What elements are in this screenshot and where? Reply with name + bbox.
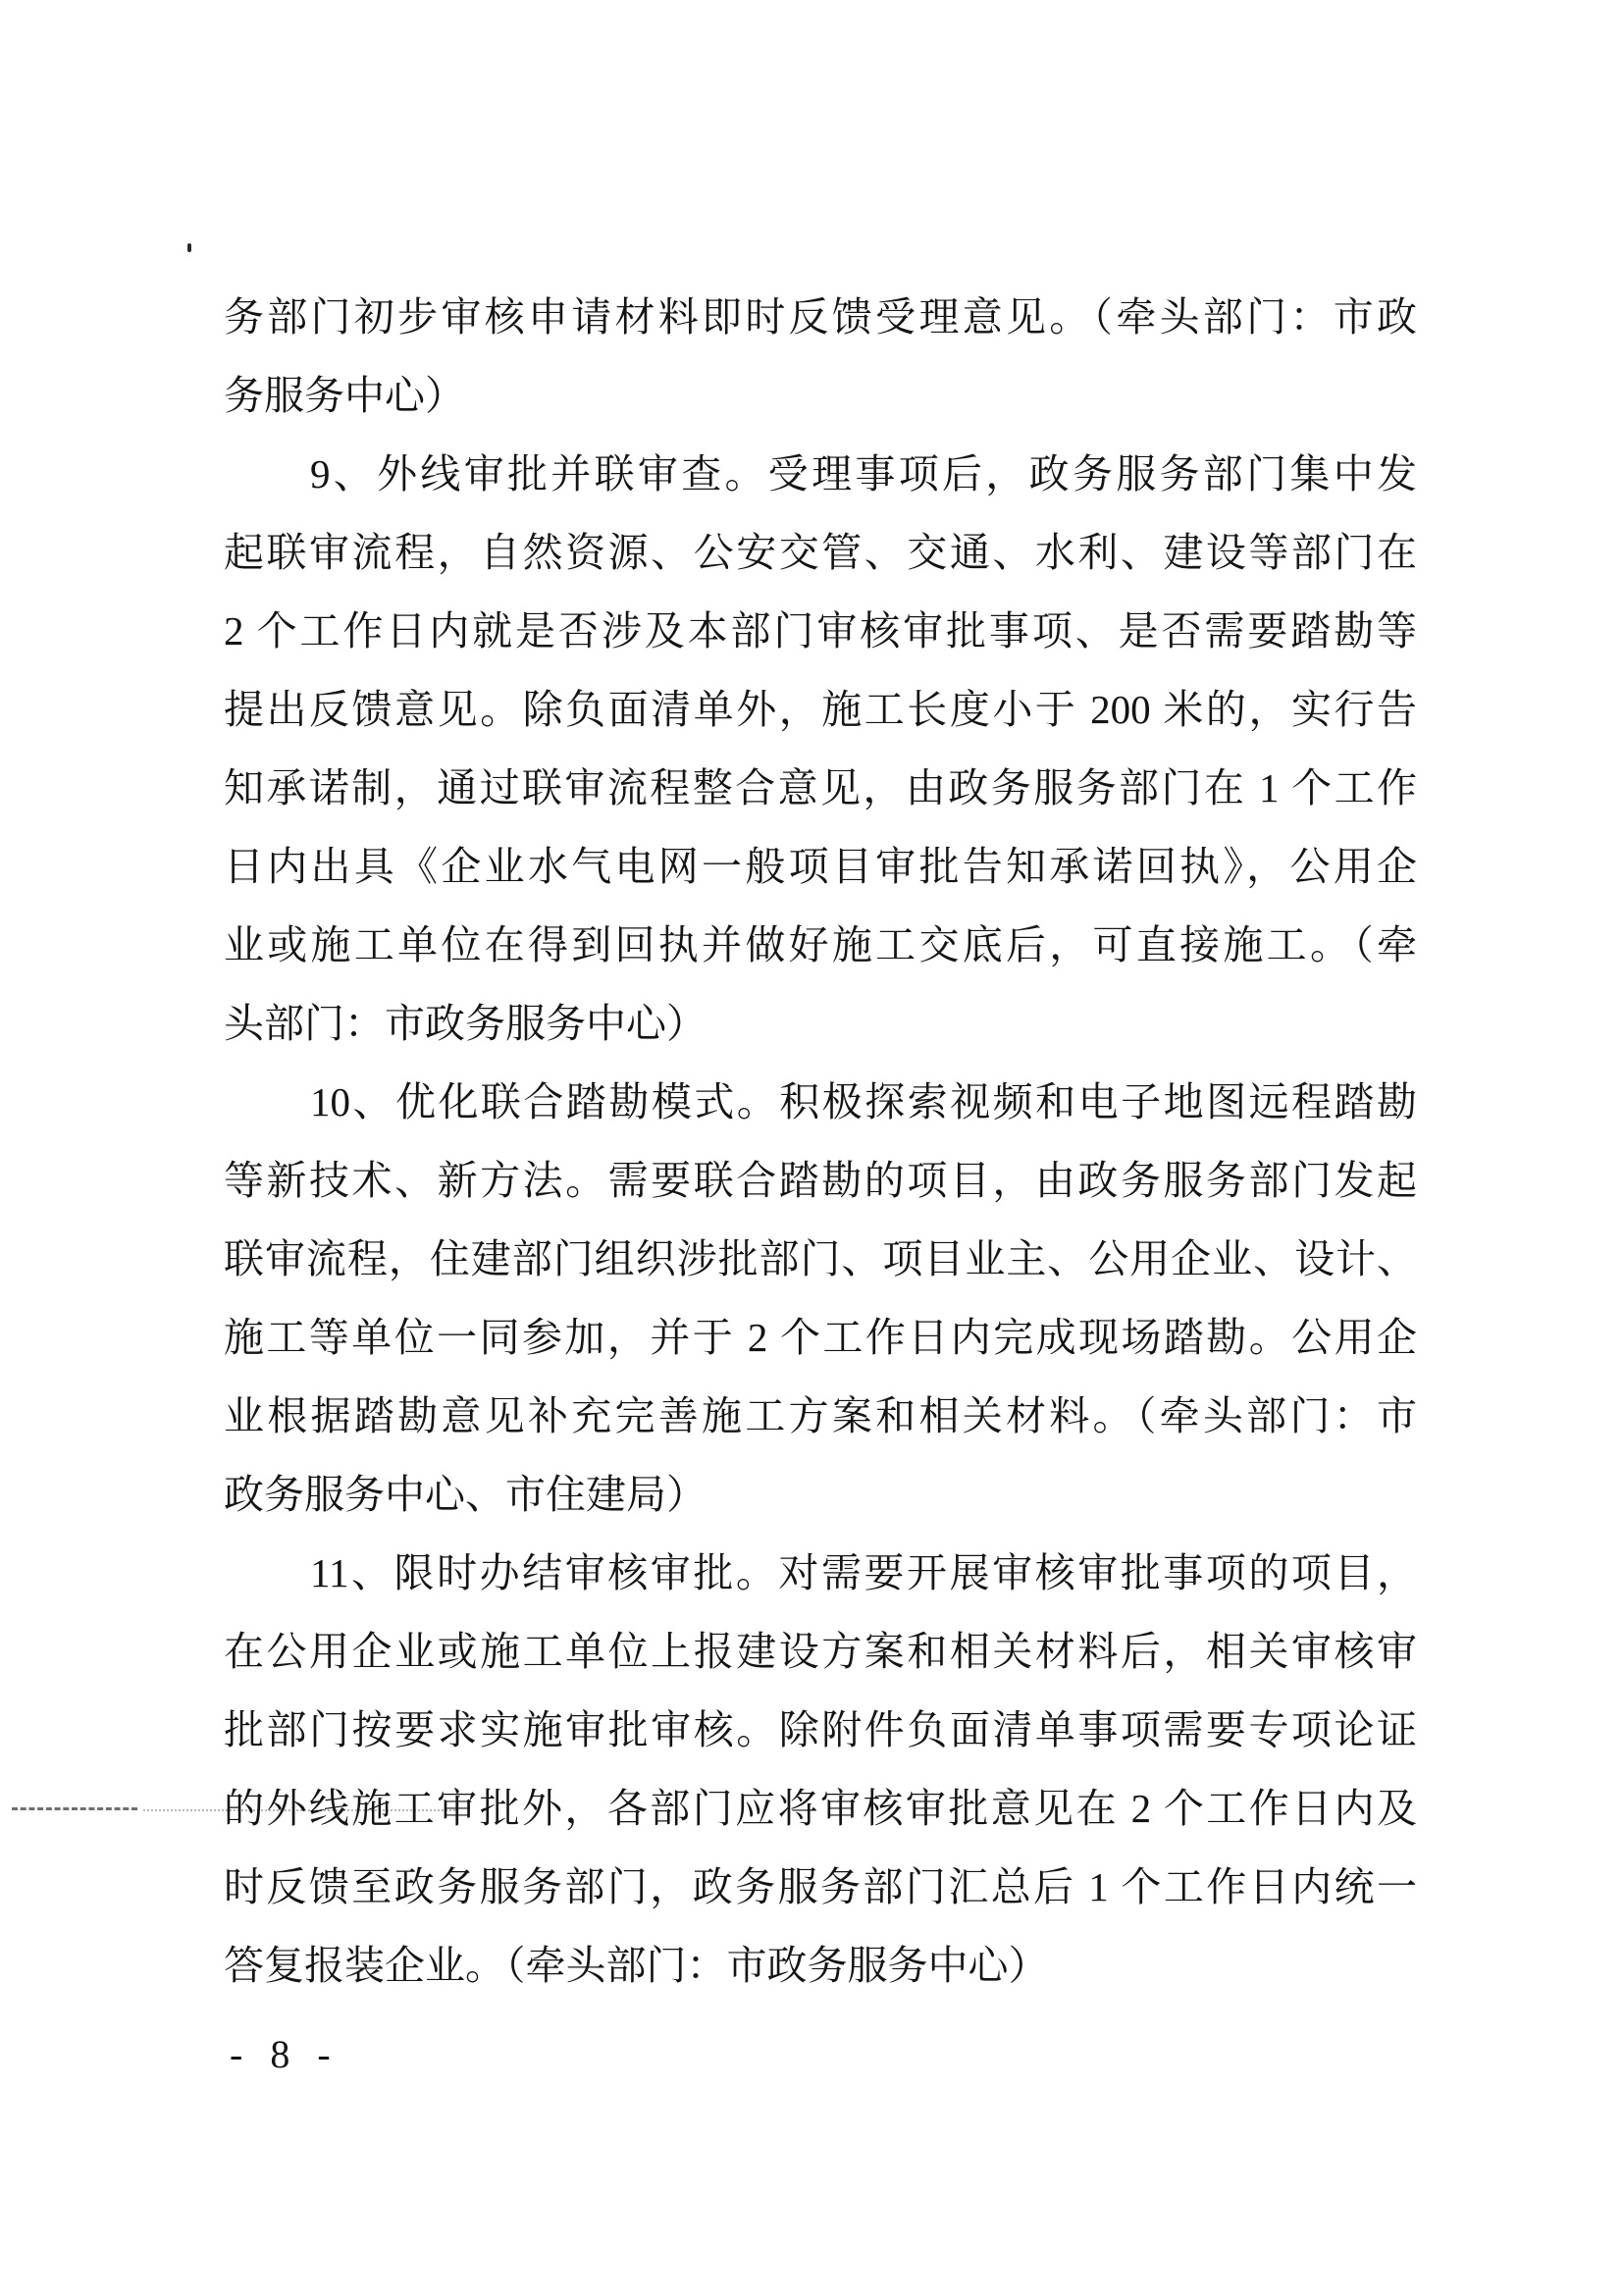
text-line-18: 在公用企业或施工单位上报建设方案和相关材料后，相关审核审 bbox=[224, 1612, 1417, 1691]
document-page: 务部门初步审核申请材料即时反馈受理意见。（牵头部门：市政 务服务中心） 9、外线… bbox=[0, 0, 1623, 2296]
text-line-09: 业或施工单位在得到回执并做好施工交底后，可直接施工。（牵 bbox=[224, 906, 1417, 984]
body-text: 务部门初步审核申请材料即时反馈受理意见。（牵头部门：市政 务服务中心） 9、外线… bbox=[224, 278, 1417, 2005]
scan-artifact-dot bbox=[187, 243, 191, 252]
text-line-01: 务部门初步审核申请材料即时反馈受理意见。（牵头部门：市政 bbox=[224, 278, 1417, 356]
text-line-13: 联审流程，住建部门组织涉批部门、项目业主、公用企业、设计、 bbox=[224, 1220, 1417, 1298]
text-line-10: 头部门：市政务服务中心） bbox=[224, 984, 1417, 1063]
text-line-04: 起联审流程，自然资源、公安交管、交通、水利、建设等部门在 bbox=[224, 513, 1417, 592]
text-line-05: 2 个工作日内就是否涉及本部门审核审批事项、是否需要踏勘等 bbox=[224, 592, 1417, 670]
text-line-20: 的外线施工审批外，各部门应将审核审批意见在 2 个工作日内及 bbox=[224, 1769, 1417, 1848]
text-line-16: 政务服务中心、市住建局） bbox=[224, 1455, 1417, 1534]
text-line-07: 知承诺制，通过联审流程整合意见，由政务服务部门在 1 个工作 bbox=[224, 749, 1417, 827]
text-line-22: 答复报装企业。（牵头部门：市政务服务中心） bbox=[224, 1926, 1417, 2005]
text-line-21: 时反馈至政务服务部门，政务服务部门汇总后 1 个工作日内统一 bbox=[224, 1848, 1417, 1926]
text-line-11: 10、优化联合踏勘模式。积极探索视频和电子地图远程踏勘 bbox=[224, 1063, 1417, 1141]
text-line-02: 务服务中心） bbox=[224, 356, 1417, 435]
text-line-17: 11、限时办结审核审批。对需要开展审核审批事项的项目， bbox=[224, 1534, 1417, 1612]
text-line-12: 等新技术、新方法。需要联合踏勘的项目，由政务服务部门发起 bbox=[224, 1141, 1417, 1220]
page-number: - 8 - bbox=[230, 2033, 340, 2076]
text-line-03: 9、外线审批并联审查。受理事项后，政务服务部门集中发 bbox=[224, 435, 1417, 513]
text-line-06: 提出反馈意见。除负面清单外，施工长度小于 200 米的，实行告 bbox=[224, 670, 1417, 749]
scan-artifact-dash-line bbox=[12, 1807, 137, 1810]
text-line-08: 日内出具《企业水气电网一般项目审批告知承诺回执》，公用企 bbox=[224, 827, 1417, 906]
text-line-19: 批部门按要求实施审批审核。除附件负面清单事项需要专项论证 bbox=[224, 1691, 1417, 1769]
text-line-14: 施工等单位一同参加，并于 2 个工作日内完成现场踏勘。公用企 bbox=[224, 1298, 1417, 1377]
text-line-15: 业根据踏勘意见补充完善施工方案和相关材料。（牵头部门：市 bbox=[224, 1377, 1417, 1455]
